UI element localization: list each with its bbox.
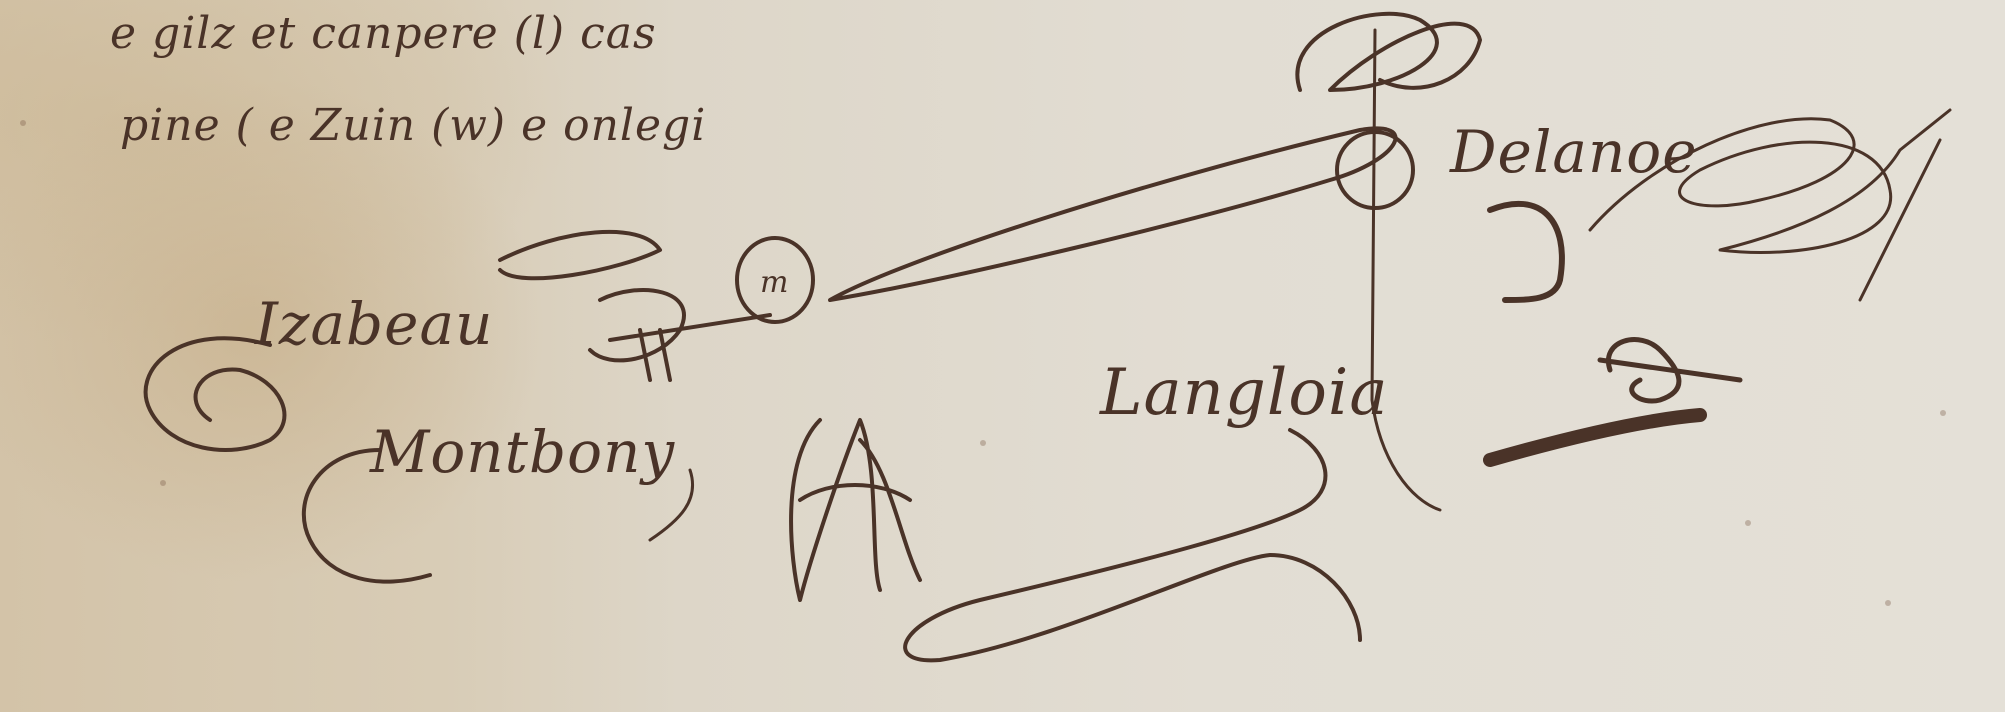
manuscript-page: e gilz et canpere (l) cas pine ( e Zuin …	[0, 0, 2005, 712]
monogram-ss	[791, 420, 920, 600]
paraph-loop-top	[830, 128, 1396, 300]
delanoe-initial-loops	[1297, 14, 1480, 90]
delanoe-descender	[1372, 30, 1440, 510]
heavy-bar-stroke	[1490, 415, 1700, 460]
isabeau-initial-loop	[146, 338, 285, 450]
circled-m-icon: m	[760, 265, 788, 300]
montbony-initial-loop	[304, 450, 430, 582]
monogram-right	[1600, 340, 1740, 401]
signature-flourishes: m	[0, 0, 2005, 712]
hook-stroke	[1490, 204, 1562, 300]
langlois-paraph	[905, 430, 1360, 660]
isabeau-upper-flourish	[500, 232, 660, 278]
paraph-scribble-right	[1590, 110, 1950, 300]
montbony-tail	[650, 470, 693, 540]
